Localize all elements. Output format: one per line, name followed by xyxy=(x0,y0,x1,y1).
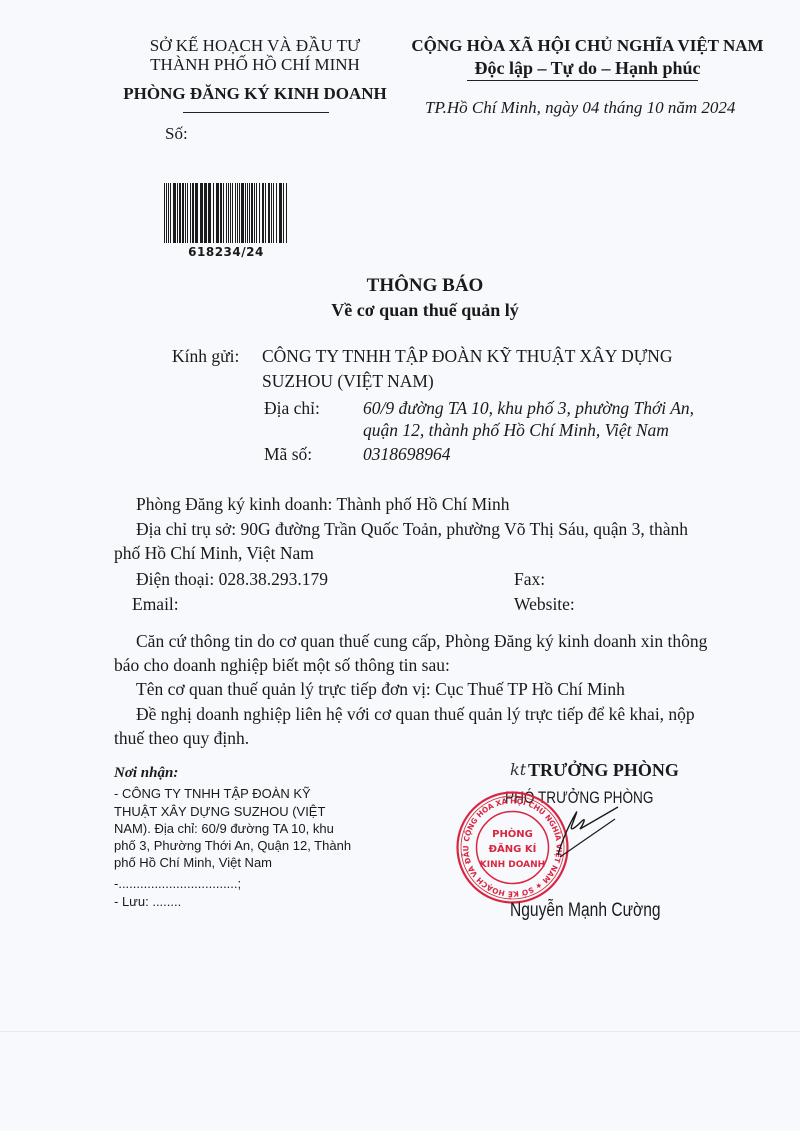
document-title: THÔNG BÁO xyxy=(300,275,550,297)
recipients-title: Nơi nhận: xyxy=(114,765,178,782)
issue-date: TP.Hồ Chí Minh, ngày 04 tháng 10 năm 202… xyxy=(425,98,735,118)
svg-text:KINH DOANH: KINH DOANH xyxy=(480,860,545,870)
agency-name-line2: THÀNH PHỐ HỒ CHÍ MINH xyxy=(120,55,390,75)
recipient-company-line2: SUZHOU (VIỆT NAM) xyxy=(262,371,434,392)
tax-code-value: 0318698964 xyxy=(363,444,451,465)
body-paragraph-3-line1: Đề nghị doanh nghiệp liên hệ với cơ quan… xyxy=(136,704,695,725)
document-number-label: Số: xyxy=(165,124,188,144)
body-paragraph-1-line2: báo cho doanh nghiệp biết một số thông t… xyxy=(114,655,450,676)
office-name: Phòng Đăng ký kinh doanh: Thành phố Hồ C… xyxy=(136,494,510,515)
office-address-line2: phố Hồ Chí Minh, Việt Nam xyxy=(114,543,314,564)
recipient-address-line1: 60/9 đường TA 10, khu phố 3, phường Thới… xyxy=(363,398,694,419)
office-address-line1: Địa chỉ trụ sở: 90G đường Trần Quốc Toản… xyxy=(136,519,688,540)
recipients-line: - CÔNG TY TNHH TẬP ĐOÀN KỸ xyxy=(114,786,311,801)
body-paragraph-1-line1: Căn cứ thông tin do cơ quan thuế cung cấ… xyxy=(136,631,707,652)
office-phone: Điện thoại: 028.38.293.179 xyxy=(136,569,328,590)
body-paragraph-3-line2: thuế theo quy định. xyxy=(114,728,249,749)
recipients-line: phố 3, Phường Thới An, Quận 12, Thành xyxy=(114,838,351,853)
header-divider-left xyxy=(183,112,329,113)
office-website: Website: xyxy=(514,594,575,615)
header-divider-right xyxy=(467,80,698,81)
recipient-label: Kính gửi: xyxy=(172,346,239,367)
document-subtitle: Về cơ quan thuế quản lý xyxy=(300,300,550,321)
barcode-icon xyxy=(164,183,288,243)
on-behalf-mark: kt xyxy=(510,760,526,779)
recipients-line: -.................................; xyxy=(114,876,241,891)
department-name: PHÒNG ĐĂNG KÝ KINH DOANH xyxy=(120,84,390,104)
recipients-line: NAM). Địa chỉ: 60/9 đường TA 10, khu xyxy=(114,821,334,836)
recipients-line: phố Hồ Chí Minh, Việt Nam xyxy=(114,855,272,870)
signer-title: TRƯỞNG PHÒNG xyxy=(528,760,679,781)
body-paragraph-2: Tên cơ quan thuế quản lý trực tiếp đơn v… xyxy=(136,679,625,700)
recipient-company-line1: CÔNG TY TNHH TẬP ĐOÀN KỸ THUẬT XÂY DỰNG xyxy=(262,346,673,367)
signature-icon xyxy=(520,805,620,860)
recipients-line: THUẬT XÂY DỰNG SUZHOU (VIỆT xyxy=(114,804,325,819)
signer-name: Nguyễn Mạnh Cường xyxy=(510,900,661,922)
barcode-number: 618234/24 xyxy=(164,245,288,259)
recipient-address-label: Địa chỉ: xyxy=(264,398,320,419)
recipient-address-line2: quận 12, thành phố Hồ Chí Minh, Việt Nam xyxy=(363,420,669,441)
tax-code-label: Mã số: xyxy=(264,444,312,465)
recipients-line: - Lưu: ........ xyxy=(114,894,181,909)
scan-artifact-line xyxy=(0,1031,800,1032)
national-motto: Độc lập – Tự do – Hạnh phúc xyxy=(410,58,765,79)
agency-name-line1: SỞ KẾ HOẠCH VÀ ĐẦU TƯ xyxy=(120,36,390,56)
office-fax: Fax: xyxy=(514,569,545,590)
office-email: Email: xyxy=(132,594,179,615)
national-title: CỘNG HÒA XÃ HỘI CHỦ NGHĨA VIỆT NAM xyxy=(410,36,765,56)
